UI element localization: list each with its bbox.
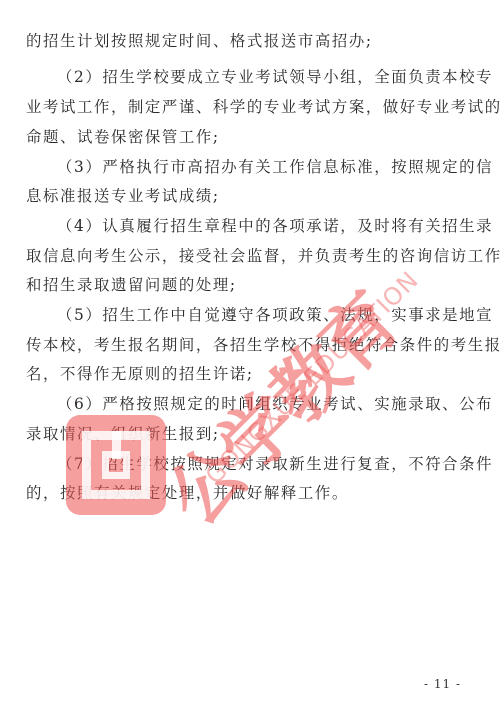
text-line: （5）招生工作中自觉遵守各项政策、法规，实事求是地宣 [57,305,497,325]
text-line: 的，按照有关规定处理，并做好解释工作。 [26,483,466,503]
text-line: （7）招生学校按照规定对录取新生进行复查，不符合条件 [57,454,497,474]
text-line: 业考试工作，制定严谨、科学的专业考试方案，做好专业考试的 [26,97,466,117]
text-line: 的招生计划按照规定时间、格式报送市高招办; [26,31,466,51]
text-line: 录取情况、组织新生报到; [26,424,466,444]
text-line: 息标准报送专业考试成绩; [26,186,466,206]
text-line: 名，不得作无原则的招生许诺; [26,364,466,384]
text-line: 命题、试卷保密保管工作; [26,127,466,147]
text-line: （3）严格执行市高招办有关工作信息标准，按照规定的信 [57,157,497,177]
text-line: 和招生录取遗留问题的处理; [26,275,466,295]
text-line: 传本校，考生报名期间，各招生学校不得拒绝符合条件的考生报 [26,335,466,355]
page-number: - 11 - [424,677,461,691]
document-page: 的招生计划按照规定时间、格式报送市高招办; （2）招生学校要成立专业考试领导小组… [0,0,504,711]
text-line: （2）招生学校要成立专业考试领导小组，全面负责本校专 [57,67,497,87]
text-line: 取信息向考生公示，接受社会监督，并负责考生的咨询信访工作 [26,246,466,266]
text-line: （6）严格按照规定的时间组织专业考试、实施录取、公布 [57,394,497,414]
text-line: （4）认真履行招生章程中的各项承诺，及时将有关招生录 [57,216,497,236]
